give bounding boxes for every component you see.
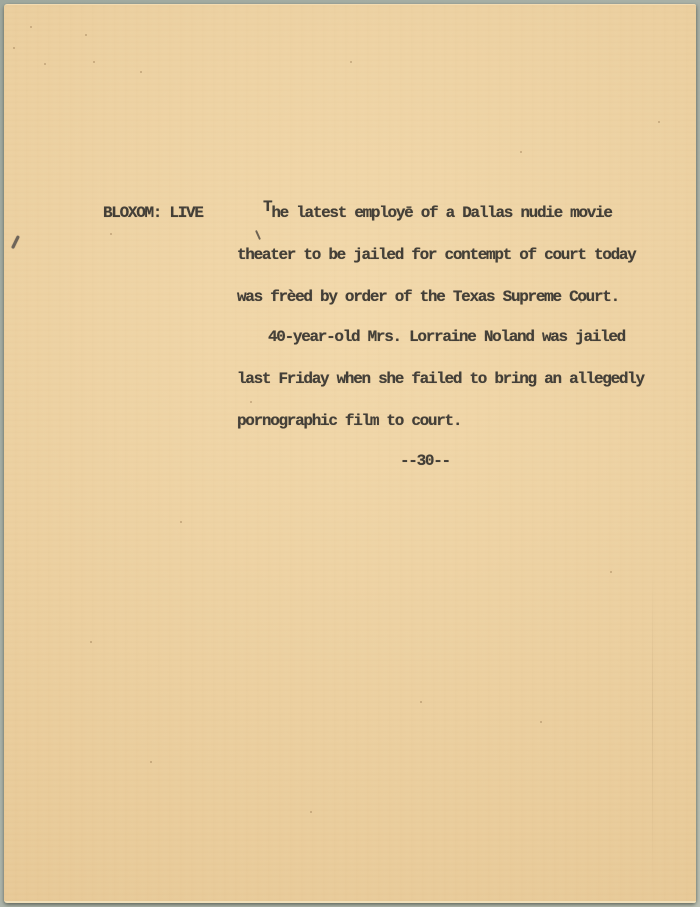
end-mark: --30-- <box>400 453 450 471</box>
paper-sheet: BLOXOM: LIVE The latest employē of a Dal… <box>4 4 696 903</box>
body-line-5: last Friday when she failed to bring an … <box>237 371 644 389</box>
story-slug: BLOXOM: LIVE <box>103 205 203 223</box>
paper-specks <box>4 5 6 7</box>
body-line-1-text: he latest employē of a Dallas nudie movi… <box>271 204 611 222</box>
body-line-6: pornographic film to court. <box>237 413 461 431</box>
body-line-4: 40-year-old Mrs. Lorraine Noland was jai… <box>268 329 625 347</box>
body-line-1: The latest employē of a Dallas nudie mov… <box>263 205 612 223</box>
body-line-2: theater to be jailed for contempt of cou… <box>237 247 635 265</box>
body-line-3: was frèed by order of the Texas Supreme … <box>237 289 619 307</box>
paper-crease <box>652 565 653 895</box>
raised-capital-t: T <box>263 199 271 215</box>
pencil-check-mark <box>11 235 19 249</box>
stray-ink-tick <box>255 230 261 240</box>
scanner-background: BLOXOM: LIVE The latest employē of a Dal… <box>0 0 700 907</box>
